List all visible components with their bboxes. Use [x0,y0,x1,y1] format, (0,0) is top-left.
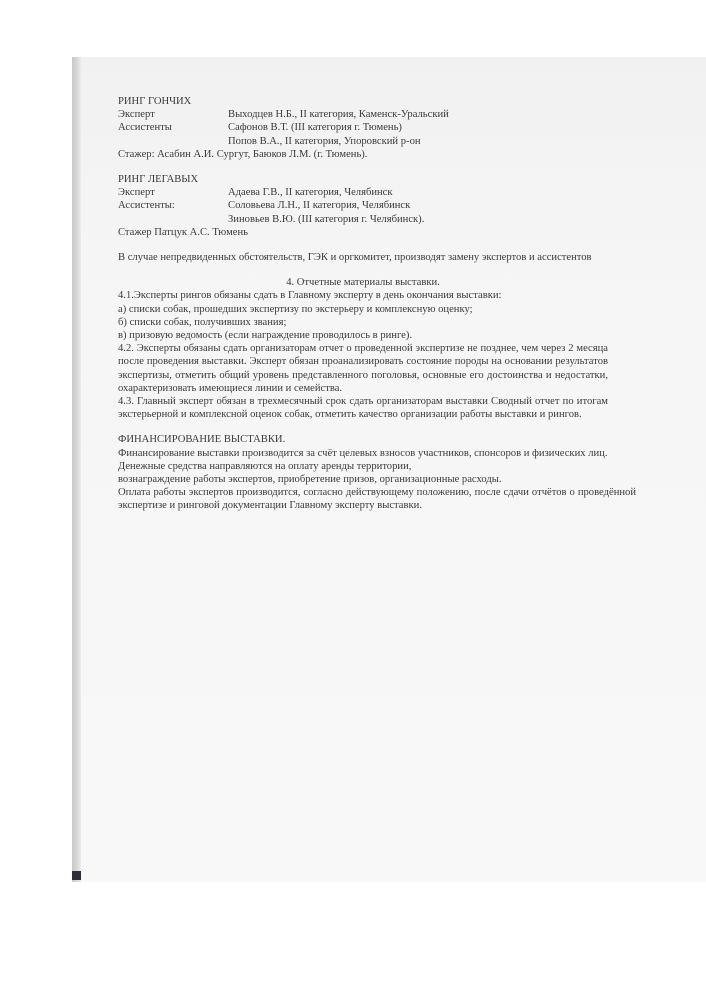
pointer-ring-section: РИНГ ЛЕГАВЫХ Эксперт Адаева Г.В., II кат… [118,173,608,239]
replacement-note: В случае непредвиденных обстоятельств, Г… [118,251,608,264]
pointer-ring-assistants-row: Ассистенты: Соловьева Л.Н., II категория… [118,199,608,212]
hound-ring-section: РИНГ ГОНЧИХ Эксперт Выходцев Н.Б., II ка… [118,95,608,161]
hound-ring-trainee: Стажер: Асабин А.И. Сургут, Баюков Л.М. … [118,148,608,161]
hound-ring-expert-row: Эксперт Выходцев Н.Б., II категория, Кам… [118,108,608,121]
section-4-reporting: 4. Отчетные материалы выставки. 4.1.Эксп… [118,276,608,421]
assistant-2: Зиновьев В.Ю. (III категория г. Челябинс… [118,213,608,226]
assistants-label: Ассистенты [118,121,228,134]
financing-line-1: Финансирование выставки производится за … [118,447,636,460]
expert-value: Выходцев Н.Б., II категория, Каменск-Ура… [228,108,449,121]
paragraph-4-1-b: б) списки собак, получивших звания; [118,316,608,329]
assistant-1: Соловьева Л.Н., II категория, Челябинск [228,199,410,212]
paragraph-4-1: 4.1.Эксперты рингов обязаны сдать в Глав… [118,289,608,302]
paragraph-4-3: 4.3. Главный эксперт обязан в трехмесячн… [118,395,608,421]
assistants-label: Ассистенты: [118,199,228,212]
document-body: РИНГ ГОНЧИХ Эксперт Выходцев Н.Б., II ка… [118,95,608,513]
financing-section: ФИНАНСИРОВАНИЕ ВЫСТАВКИ. Финансирование … [118,433,636,512]
paragraph-4-2: 4.2. Эксперты обязаны сдать организатора… [118,342,608,395]
paragraph-4-1-c: в) призовую ведомость (если награждение … [118,329,608,342]
expert-label: Эксперт [118,108,228,121]
financing-line-4: Оплата работы экспертов производится, со… [118,486,636,512]
pointer-ring-title: РИНГ ЛЕГАВЫХ [118,173,608,186]
pointer-ring-expert-row: Эксперт Адаева Г.В., II категория, Челяб… [118,186,608,199]
hound-ring-assistants-row: Ассистенты Сафонов В.Т. (III категория г… [118,121,608,134]
scan-edge-shadow [72,57,81,882]
paragraph-4-1-a: а) списки собак, прошедших экспертизу по… [118,303,608,316]
scan-corner-mark [72,871,81,880]
hound-ring-title: РИНГ ГОНЧИХ [118,95,608,108]
expert-label: Эксперт [118,186,228,199]
financing-heading: ФИНАНСИРОВАНИЕ ВЫСТАВКИ. [118,433,636,446]
expert-value: Адаева Г.В., II категория, Челябинск [228,186,393,199]
financing-line-2: Денежные средства направляются на оплату… [118,460,636,473]
pointer-ring-trainee: Стажер Патцук А.С. Тюмень [118,226,608,239]
section-4-heading: 4. Отчетные материалы выставки. [118,276,608,289]
assistant-2: Попов В.А., II категория, Упоровский р-о… [118,135,608,148]
financing-line-3: вознаграждение работы экспертов, приобре… [118,473,636,486]
assistant-1: Сафонов В.Т. (III категория г. Тюмень) [228,121,402,134]
